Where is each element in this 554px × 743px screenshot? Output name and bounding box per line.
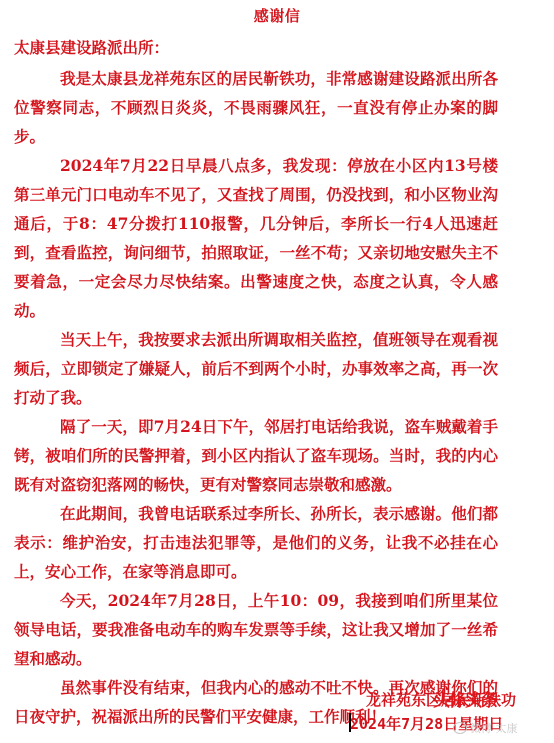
paragraph-incident: 2024年7月22日早晨八点多，我发现：停放在小区内13号楼第三单元门口电动车不…	[14, 151, 498, 325]
letter-title: 感谢信	[0, 5, 554, 26]
paragraph-surveillance: 当天上午，我按要求去派出所调取相关监控，值班领导在观看视频后，立即锁定了嫌疑人，…	[14, 325, 498, 412]
weibo-watermark: 微博 太康	[453, 720, 518, 736]
weibo-watermark-text: 微博 太康	[470, 720, 518, 736]
paragraph-contact: 在此期间，我曾电话联系过李所长、孙所长，表示感谢。他们都表示：维护治安，打击违法…	[14, 499, 498, 586]
thank-you-letter: 感谢信 太康县建设路派出所： 我是太康县龙祥苑东区的居民靳铁功，非常感谢建设路派…	[0, 0, 554, 743]
weibo-icon	[453, 722, 467, 734]
paragraph-today: 今天，2024年7月28日，上午10：09，我接到咱们所里某位领导电话，要我准备…	[14, 586, 498, 673]
letter-body: 我是太康县龙祥苑东区的居民靳铁功，非常感谢建设路派出所各位警察同志，不顾烈日炎炎…	[14, 64, 498, 731]
watermark-overlay: 头條头条	[433, 686, 497, 711]
letter-salutation: 太康县建设路派出所：	[14, 36, 169, 58]
paragraph-intro: 我是太康县龙祥苑东区的居民靳铁功，非常感谢建设路派出所各位警察同志，不顾烈日炎炎…	[14, 64, 498, 151]
paragraph-arrest: 隔了一天，即7月24日下午，邻居打电话给我说，盗车贼戴着手铐，被咱们所的民警押着…	[14, 412, 498, 499]
